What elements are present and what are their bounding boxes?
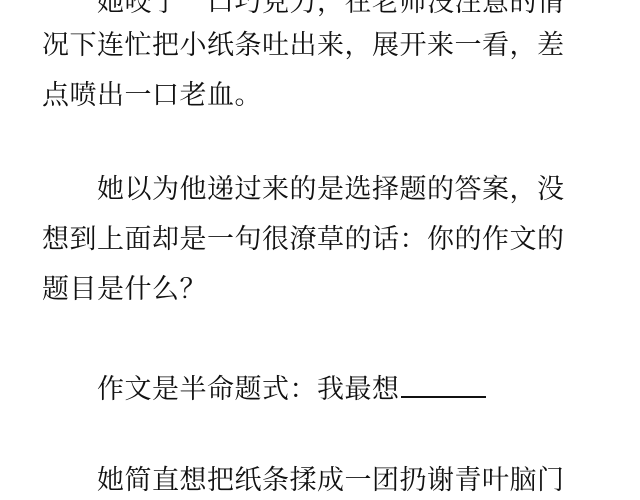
paragraph-1-line-3: 点喷出一口老血。 [42, 81, 262, 111]
paragraph-4-line-1: 她简直想把纸条揉成一团扔谢青叶脑门 [97, 466, 565, 496]
paragraph-1-line-1: 她咬了一口巧克力，在老师没注意的情 [97, 0, 565, 18]
paragraph-2-line-3: 题目是什么？ [42, 275, 207, 305]
paragraph-2-line-2: 想到上面却是一句很潦草的话：你的作文的 [42, 225, 565, 255]
document-page: 她咬了一口巧克力，在老师没注意的情 况下连忙把小纸条吐出来，展开来一看，差 点喷… [0, 0, 640, 500]
paragraph-1-line-2: 况下连忙把小纸条吐出来，展开来一看，差 [42, 31, 565, 61]
essay-prompt-text: 作文是半命题式：我最想 [97, 374, 400, 405]
paragraph-2-line-1: 她以为他递过来的是选择题的答案，没 [97, 175, 565, 205]
fill-in-blank [401, 370, 486, 398]
paragraph-3-line-1: 作文是半命题式：我最想 [97, 370, 486, 405]
